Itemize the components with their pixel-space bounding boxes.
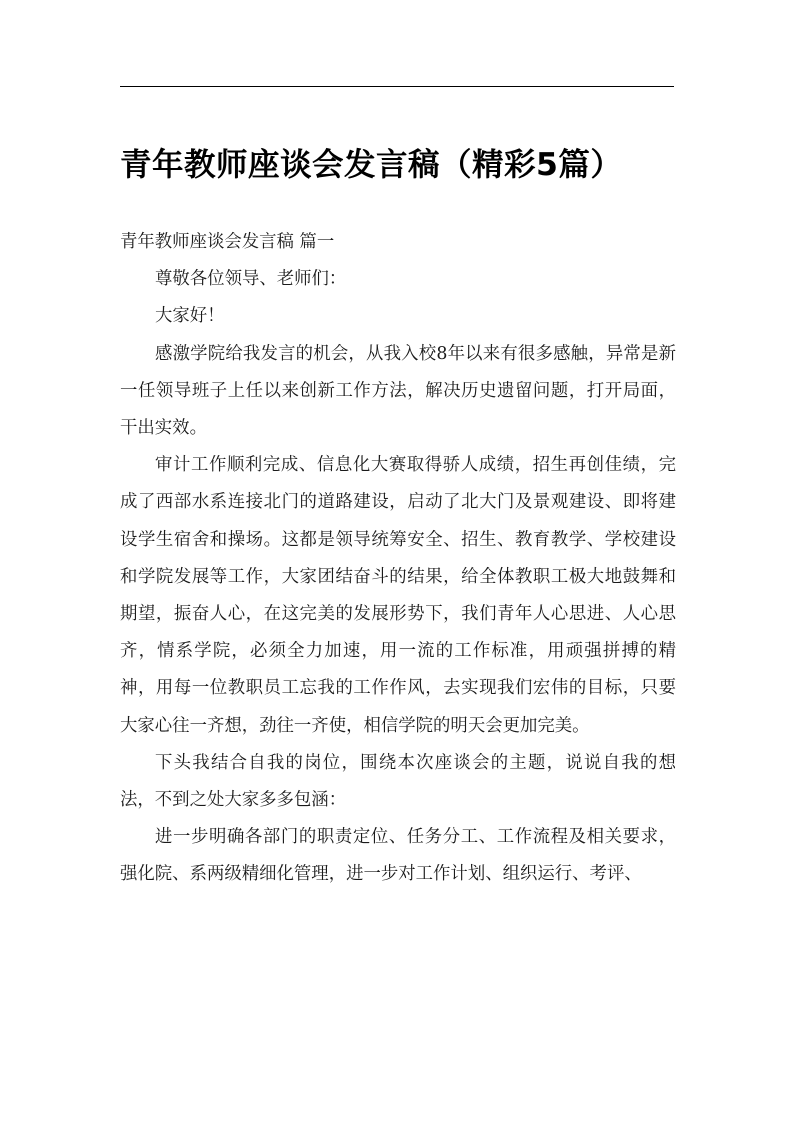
paragraph: 审计工作顺利完成、信息化大赛取得骄人成绩，招生再创佳绩，完成了西部水系连接北门的… (120, 447, 676, 745)
header-rule (120, 86, 674, 87)
salutation: 尊敬各位领导、老师们： (120, 261, 676, 298)
document-body: 青年教师座谈会发言稿 篇一 尊敬各位领导、老师们： 大家好！ 感激学院给我发言的… (120, 224, 676, 894)
document-page: 青年教师座谈会发言稿（精彩5篇） 青年教师座谈会发言稿 篇一 尊敬各位领导、老师… (0, 0, 793, 1122)
document-title: 青年教师座谈会发言稿（精彩5篇） (120, 139, 720, 191)
section-heading: 青年教师座谈会发言稿 篇一 (120, 224, 676, 261)
greeting: 大家好！ (120, 298, 676, 335)
paragraph: 感激学院给我发言的机会，从我入校8年以来有很多感触，异常是新一任领导班子上任以来… (120, 336, 676, 448)
paragraph: 进一步明确各部门的职责定位、任务分工、工作流程及相关要求，强化院、系两级精细化管… (120, 819, 676, 893)
paragraph: 下头我结合自我的岗位，围绕本次座谈会的主题，说说自我的想法，不到之处大家多多包涵… (120, 745, 676, 819)
